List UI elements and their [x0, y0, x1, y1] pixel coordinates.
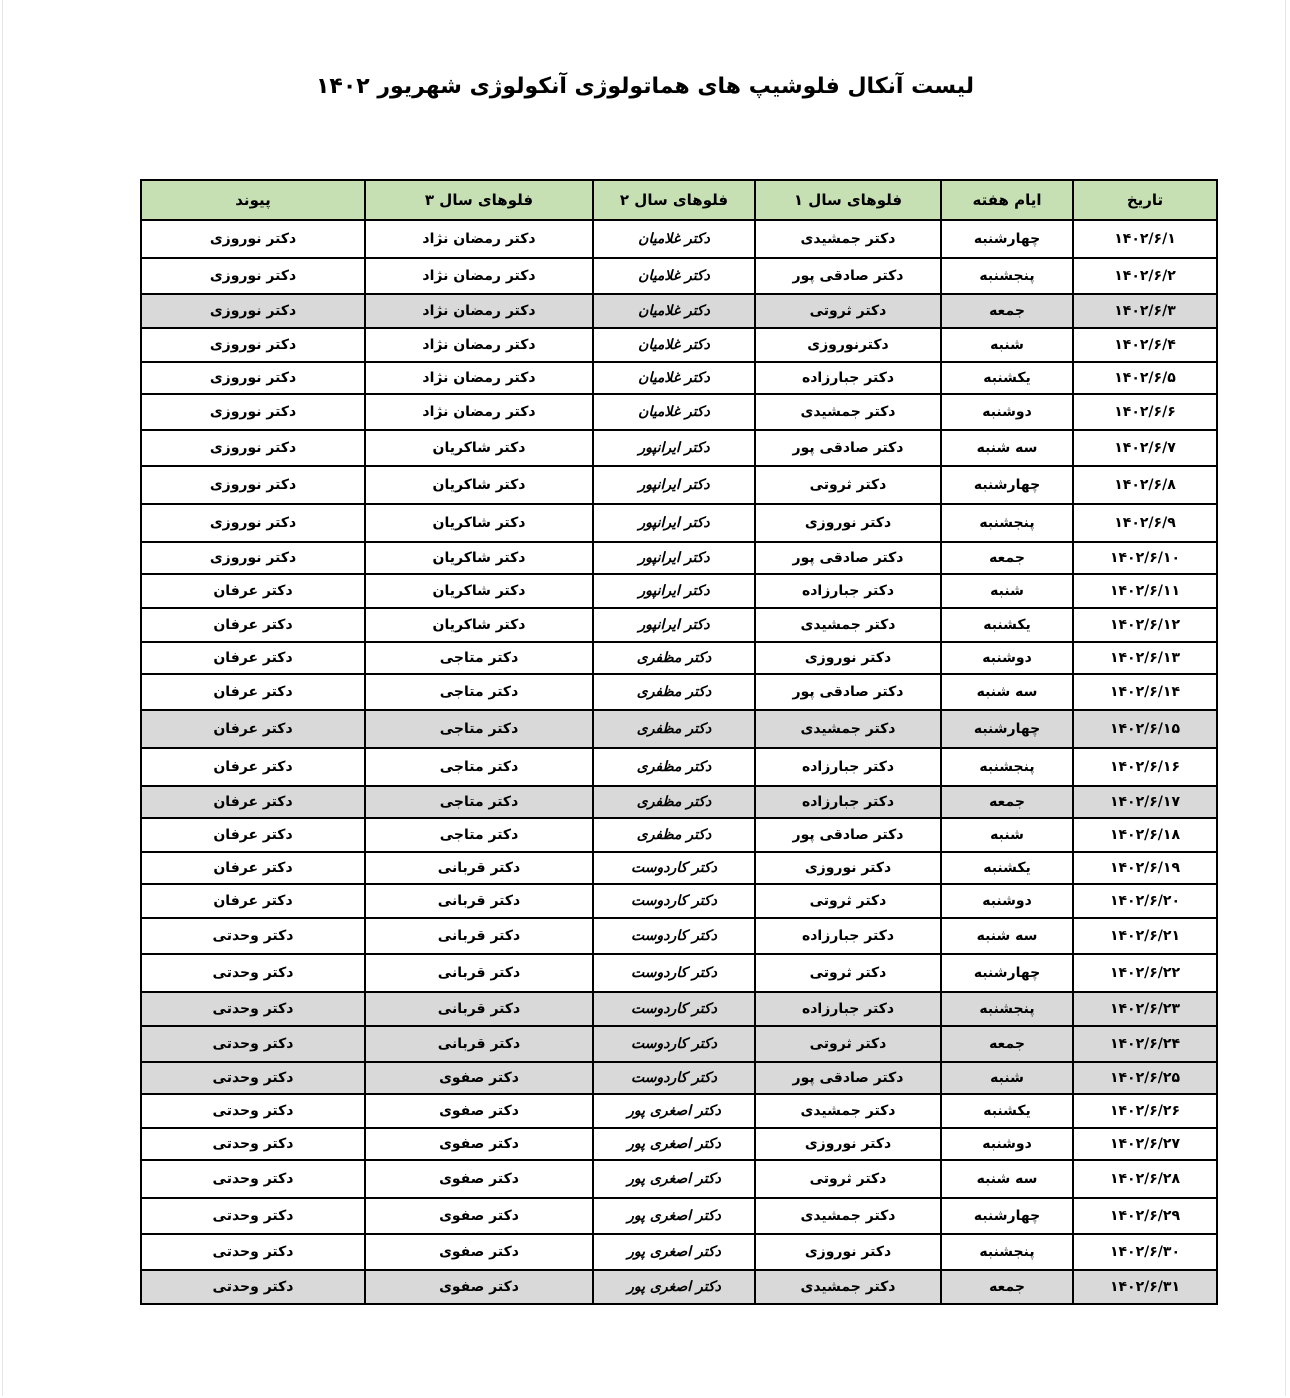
cell-year2-fellow: دکتر اصغری پور	[593, 1094, 755, 1128]
cell-year1-fellow: دکتر ثروتی	[755, 1160, 941, 1198]
cell-weekday: یکشنبه	[941, 608, 1073, 642]
cell-year3-fellow: دکتر صفوی	[365, 1270, 593, 1304]
cell-year2-fellow: دکتر ایرانپور	[593, 430, 755, 466]
cell-date: ۱۴۰۲/۶/۳	[1073, 294, 1217, 328]
cell-year3-fellow: دکتر رمضان نژاد	[365, 294, 593, 328]
cell-year3-fellow: دکتر قربانی	[365, 992, 593, 1026]
page-title: لیست آنکال فلوشیپ های هماتولوژی آنکولوژی…	[0, 74, 1290, 99]
cell-year2-fellow: دکتر غلامیان	[593, 328, 755, 362]
header-transplant: پیوند	[141, 180, 365, 220]
cell-weekday: چهارشنبه	[941, 710, 1073, 748]
cell-year3-fellow: دکتر قربانی	[365, 884, 593, 918]
cell-year1-fellow: دکتر جمشیدی	[755, 1198, 941, 1234]
cell-date: ۱۴۰۲/۶/۱۵	[1073, 710, 1217, 748]
cell-year1-fellow: دکتر صادقی پور	[755, 258, 941, 294]
table-row: ۱۴۰۲/۶/۲۰دوشنبهدکتر ثروتیدکتر کاردوستدکت…	[141, 884, 1217, 918]
cell-year1-fellow: دکتر صادقی پور	[755, 818, 941, 852]
cell-transplant: دکتر عرفان	[141, 710, 365, 748]
cell-year2-fellow: دکتر اصغری پور	[593, 1160, 755, 1198]
cell-year2-fellow: دکتر غلامیان	[593, 258, 755, 294]
cell-year3-fellow: دکتر شاکریان	[365, 466, 593, 504]
cell-transplant: دکتر عرفان	[141, 674, 365, 710]
cell-year1-fellow: دکتر جبارزاده	[755, 992, 941, 1026]
cell-date: ۱۴۰۲/۶/۲۱	[1073, 918, 1217, 954]
oncall-roster-table: تاریخ ایام هفته فلوهای سال ۱ فلوهای سال …	[140, 179, 1218, 1305]
cell-year1-fellow: دکتر ثروتی	[755, 954, 941, 992]
cell-year2-fellow: دکتر غلامیان	[593, 362, 755, 394]
cell-year3-fellow: دکتر صفوی	[365, 1062, 593, 1094]
table-row: ۱۴۰۲/۶/۳جمعهدکتر ثروتیدکتر غلامیاندکتر ر…	[141, 294, 1217, 328]
cell-date: ۱۴۰۲/۶/۲۳	[1073, 992, 1217, 1026]
table-row: ۱۴۰۲/۶/۱۰جمعهدکتر صادقی پوردکتر ایرانپور…	[141, 542, 1217, 574]
table-row: ۱۴۰۲/۶/۲۹چهارشنبهدکتر جمشیدیدکتر اصغری پ…	[141, 1198, 1217, 1234]
cell-year3-fellow: دکتر قربانی	[365, 852, 593, 884]
cell-transplant: دکتر وحدتی	[141, 1198, 365, 1234]
table-row: ۱۴۰۲/۶/۳۰پنجشنبهدکتر نوروزیدکتر اصغری پو…	[141, 1234, 1217, 1270]
cell-year3-fellow: دکتر صفوی	[365, 1094, 593, 1128]
cell-year2-fellow: دکتر ایرانپور	[593, 542, 755, 574]
cell-weekday: شنبه	[941, 818, 1073, 852]
cell-transplant: دکتر وحدتی	[141, 1160, 365, 1198]
cell-year1-fellow: دکتر جبارزاده	[755, 786, 941, 818]
cell-year1-fellow: دکتر ثروتی	[755, 294, 941, 328]
cell-year3-fellow: دکتر متاجی	[365, 642, 593, 674]
cell-weekday: جمعه	[941, 542, 1073, 574]
cell-year1-fellow: دکتر جمشیدی	[755, 1094, 941, 1128]
cell-date: ۱۴۰۲/۶/۲۵	[1073, 1062, 1217, 1094]
cell-transplant: دکتر وحدتی	[141, 1270, 365, 1304]
cell-date: ۱۴۰۲/۶/۵	[1073, 362, 1217, 394]
cell-weekday: چهارشنبه	[941, 220, 1073, 258]
table-row: ۱۴۰۲/۶/۳۱جمعهدکتر جمشیدیدکتر اصغری پوردک…	[141, 1270, 1217, 1304]
cell-year3-fellow: دکتر رمضان نژاد	[365, 258, 593, 294]
cell-transplant: دکتر عرفان	[141, 818, 365, 852]
table-row: ۱۴۰۲/۶/۲۷دوشنبهدکتر نوروزیدکتر اصغری پور…	[141, 1128, 1217, 1160]
cell-year3-fellow: دکتر شاکریان	[365, 542, 593, 574]
cell-transplant: دکتر وحدتی	[141, 1128, 365, 1160]
cell-year3-fellow: دکتر متاجی	[365, 674, 593, 710]
cell-year1-fellow: دکتر جبارزاده	[755, 362, 941, 394]
table-row: ۱۴۰۲/۶/۱۵چهارشنبهدکتر جمشیدیدکتر مظفریدک…	[141, 710, 1217, 748]
cell-transplant: دکتر وحدتی	[141, 1026, 365, 1062]
cell-weekday: پنجشنبه	[941, 1234, 1073, 1270]
cell-transplant: دکتر عرفان	[141, 574, 365, 608]
cell-year1-fellow: دکتر ثروتی	[755, 1026, 941, 1062]
cell-year1-fellow: دکتر جمشیدی	[755, 1270, 941, 1304]
cell-date: ۱۴۰۲/۶/۱۸	[1073, 818, 1217, 852]
cell-year1-fellow: دکتر صادقی پور	[755, 674, 941, 710]
cell-year3-fellow: دکتر قربانی	[365, 1026, 593, 1062]
cell-year3-fellow: دکتر صفوی	[365, 1128, 593, 1160]
cell-date: ۱۴۰۲/۶/۳۱	[1073, 1270, 1217, 1304]
cell-year1-fellow: دکترنوروزی	[755, 328, 941, 362]
cell-date: ۱۴۰۲/۶/۱۱	[1073, 574, 1217, 608]
table-row: ۱۴۰۲/۶/۲۱سه شنبهدکتر جبارزادهدکتر کاردوس…	[141, 918, 1217, 954]
cell-weekday: شنبه	[941, 574, 1073, 608]
table-row: ۱۴۰۲/۶/۱۸شنبهدکتر صادقی پوردکتر مظفریدکت…	[141, 818, 1217, 852]
cell-transplant: دکتر نوروزی	[141, 466, 365, 504]
cell-year2-fellow: دکتر ایرانپور	[593, 574, 755, 608]
cell-date: ۱۴۰۲/۶/۱۰	[1073, 542, 1217, 574]
cell-weekday: دوشنبه	[941, 884, 1073, 918]
header-year1-fellows: فلوهای سال ۱	[755, 180, 941, 220]
cell-date: ۱۴۰۲/۶/۲۴	[1073, 1026, 1217, 1062]
cell-year3-fellow: دکتر صفوی	[365, 1234, 593, 1270]
table-row: ۱۴۰۲/۶/۴شنبهدکترنوروزیدکتر غلامیاندکتر ر…	[141, 328, 1217, 362]
cell-transplant: دکتر وحدتی	[141, 1062, 365, 1094]
cell-year1-fellow: دکتر صادقی پور	[755, 430, 941, 466]
cell-transplant: دکتر عرفان	[141, 748, 365, 786]
cell-date: ۱۴۰۲/۶/۹	[1073, 504, 1217, 542]
cell-year2-fellow: دکتر اصغری پور	[593, 1234, 755, 1270]
cell-year2-fellow: دکتر ایرانپور	[593, 504, 755, 542]
cell-year3-fellow: دکتر قربانی	[365, 918, 593, 954]
cell-date: ۱۴۰۲/۶/۱۷	[1073, 786, 1217, 818]
cell-year2-fellow: دکتر مظفری	[593, 748, 755, 786]
cell-date: ۱۴۰۲/۶/۱	[1073, 220, 1217, 258]
cell-year3-fellow: دکتر متاجی	[365, 786, 593, 818]
table-row: ۱۴۰۲/۶/۲۳پنجشنبهدکتر جبارزادهدکتر کاردوس…	[141, 992, 1217, 1026]
table-row: ۱۴۰۲/۶/۲پنجشنبهدکتر صادقی پوردکتر غلامیا…	[141, 258, 1217, 294]
table-row: ۱۴۰۲/۶/۱۶پنجشنبهدکتر جبارزادهدکتر مظفرید…	[141, 748, 1217, 786]
cell-year3-fellow: دکتر صفوی	[365, 1160, 593, 1198]
cell-year1-fellow: دکتر ثروتی	[755, 884, 941, 918]
table-row: ۱۴۰۲/۶/۲۴جمعهدکتر ثروتیدکتر کاردوستدکتر …	[141, 1026, 1217, 1062]
table-row: ۱۴۰۲/۶/۲۶یکشنبهدکتر جمشیدیدکتر اصغری پور…	[141, 1094, 1217, 1128]
cell-transplant: دکتر عرفان	[141, 642, 365, 674]
cell-date: ۱۴۰۲/۶/۷	[1073, 430, 1217, 466]
cell-year2-fellow: دکتر ایرانپور	[593, 466, 755, 504]
table-row: ۱۴۰۲/۶/۸چهارشنبهدکتر ثروتیدکتر ایرانپورد…	[141, 466, 1217, 504]
table-row: ۱۴۰۲/۶/۲۲چهارشنبهدکتر ثروتیدکتر کاردوستد…	[141, 954, 1217, 992]
cell-weekday: سه شنبه	[941, 430, 1073, 466]
cell-year1-fellow: دکتر جبارزاده	[755, 748, 941, 786]
cell-year1-fellow: دکتر نوروزی	[755, 504, 941, 542]
header-weekday: ایام هفته	[941, 180, 1073, 220]
table-row: ۱۴۰۲/۶/۶دوشنبهدکتر جمشیدیدکتر غلامیاندکت…	[141, 394, 1217, 430]
cell-year2-fellow: دکتر کاردوست	[593, 918, 755, 954]
table-row: ۱۴۰۲/۶/۲۸سه شنبهدکتر ثروتیدکتر اصغری پور…	[141, 1160, 1217, 1198]
table-row: ۱۴۰۲/۶/۲۵شنبهدکتر صادقی پوردکتر کاردوستد…	[141, 1062, 1217, 1094]
cell-year1-fellow: دکتر جبارزاده	[755, 918, 941, 954]
cell-date: ۱۴۰۲/۶/۶	[1073, 394, 1217, 430]
cell-year3-fellow: دکتر متاجی	[365, 818, 593, 852]
cell-weekday: جمعه	[941, 1026, 1073, 1062]
cell-weekday: پنجشنبه	[941, 258, 1073, 294]
cell-year1-fellow: دکتر جمشیدی	[755, 710, 941, 748]
cell-transplant: دکتر عرفان	[141, 852, 365, 884]
cell-year3-fellow: دکتر شاکریان	[365, 574, 593, 608]
cell-transplant: دکتر نوروزی	[141, 430, 365, 466]
cell-date: ۱۴۰۲/۶/۲۷	[1073, 1128, 1217, 1160]
cell-year3-fellow: دکتر متاجی	[365, 710, 593, 748]
cell-weekday: شنبه	[941, 328, 1073, 362]
cell-year2-fellow: دکتر مظفری	[593, 674, 755, 710]
header-year3-fellows: فلوهای سال ۳	[365, 180, 593, 220]
table-row: ۱۴۰۲/۶/۱۳دوشنبهدکتر نوروزیدکتر مظفریدکتر…	[141, 642, 1217, 674]
cell-date: ۱۴۰۲/۶/۲۰	[1073, 884, 1217, 918]
cell-date: ۱۴۰۲/۶/۱۳	[1073, 642, 1217, 674]
cell-year2-fellow: دکتر کاردوست	[593, 852, 755, 884]
cell-year3-fellow: دکتر رمضان نژاد	[365, 394, 593, 430]
cell-year1-fellow: دکتر صادقی پور	[755, 542, 941, 574]
cell-date: ۱۴۰۲/۶/۲۸	[1073, 1160, 1217, 1198]
cell-weekday: یکشنبه	[941, 1094, 1073, 1128]
cell-year2-fellow: دکتر غلامیان	[593, 220, 755, 258]
cell-year2-fellow: دکتر اصغری پور	[593, 1198, 755, 1234]
cell-weekday: چهارشنبه	[941, 466, 1073, 504]
table-row: ۱۴۰۲/۶/۱چهارشنبهدکتر جمشیدیدکتر غلامیاند…	[141, 220, 1217, 258]
cell-weekday: چهارشنبه	[941, 1198, 1073, 1234]
cell-date: ۱۴۰۲/۶/۱۹	[1073, 852, 1217, 884]
cell-year3-fellow: دکتر رمضان نژاد	[365, 220, 593, 258]
cell-year3-fellow: دکتر شاکریان	[365, 430, 593, 466]
cell-date: ۱۴۰۲/۶/۴	[1073, 328, 1217, 362]
cell-date: ۱۴۰۲/۶/۲۹	[1073, 1198, 1217, 1234]
cell-year3-fellow: دکتر شاکریان	[365, 504, 593, 542]
cell-transplant: دکتر نوروزی	[141, 294, 365, 328]
cell-transplant: دکتر نوروزی	[141, 542, 365, 574]
cell-transplant: دکتر عرفان	[141, 884, 365, 918]
table-row: ۱۴۰۲/۶/۱۴سه شنبهدکتر صادقی پوردکتر مظفری…	[141, 674, 1217, 710]
cell-year2-fellow: دکتر مظفری	[593, 818, 755, 852]
cell-date: ۱۴۰۲/۶/۲۲	[1073, 954, 1217, 992]
header-date: تاریخ	[1073, 180, 1217, 220]
cell-transplant: دکتر نوروزی	[141, 258, 365, 294]
cell-transplant: دکتر وحدتی	[141, 1094, 365, 1128]
cell-weekday: یکشنبه	[941, 362, 1073, 394]
cell-year2-fellow: دکتر مظفری	[593, 786, 755, 818]
cell-year2-fellow: دکتر کاردوست	[593, 884, 755, 918]
cell-year3-fellow: دکتر شاکریان	[365, 608, 593, 642]
cell-year1-fellow: دکتر نوروزی	[755, 642, 941, 674]
cell-weekday: یکشنبه	[941, 852, 1073, 884]
cell-transplant: دکتر نوروزی	[141, 504, 365, 542]
cell-year3-fellow: دکتر رمضان نژاد	[365, 362, 593, 394]
cell-year2-fellow: دکتر کاردوست	[593, 954, 755, 992]
cell-weekday: جمعه	[941, 786, 1073, 818]
cell-weekday: شنبه	[941, 1062, 1073, 1094]
cell-weekday: سه شنبه	[941, 1160, 1073, 1198]
cell-transplant: دکتر نوروزی	[141, 220, 365, 258]
cell-weekday: دوشنبه	[941, 394, 1073, 430]
cell-weekday: پنجشنبه	[941, 748, 1073, 786]
cell-year2-fellow: دکتر اصغری پور	[593, 1128, 755, 1160]
cell-year1-fellow: دکتر نوروزی	[755, 1234, 941, 1270]
cell-date: ۱۴۰۲/۶/۲	[1073, 258, 1217, 294]
table-row: ۱۴۰۲/۶/۵یکشنبهدکتر جبارزادهدکتر غلامیاند…	[141, 362, 1217, 394]
cell-transplant: دکتر نوروزی	[141, 394, 365, 430]
table-header-row: تاریخ ایام هفته فلوهای سال ۱ فلوهای سال …	[141, 180, 1217, 220]
cell-transplant: دکتر نوروزی	[141, 362, 365, 394]
cell-year2-fellow: دکتر مظفری	[593, 710, 755, 748]
cell-year1-fellow: دکتر ثروتی	[755, 466, 941, 504]
cell-weekday: دوشنبه	[941, 642, 1073, 674]
cell-year2-fellow: دکتر اصغری پور	[593, 1270, 755, 1304]
cell-year1-fellow: دکتر جمشیدی	[755, 608, 941, 642]
cell-year2-fellow: دکتر کاردوست	[593, 992, 755, 1026]
cell-year3-fellow: دکتر متاجی	[365, 748, 593, 786]
cell-date: ۱۴۰۲/۶/۱۶	[1073, 748, 1217, 786]
cell-date: ۱۴۰۲/۶/۱۲	[1073, 608, 1217, 642]
cell-weekday: جمعه	[941, 1270, 1073, 1304]
table-row: ۱۴۰۲/۶/۷سه شنبهدکتر صادقی پوردکتر ایرانپ…	[141, 430, 1217, 466]
table-body: ۱۴۰۲/۶/۱چهارشنبهدکتر جمشیدیدکتر غلامیاند…	[141, 220, 1217, 1304]
cell-transplant: دکتر وحدتی	[141, 918, 365, 954]
cell-weekday: سه شنبه	[941, 674, 1073, 710]
cell-year1-fellow: دکتر صادقی پور	[755, 1062, 941, 1094]
cell-weekday: دوشنبه	[941, 1128, 1073, 1160]
table-row: ۱۴۰۲/۶/۱۷جمعهدکتر جبارزادهدکتر مظفریدکتر…	[141, 786, 1217, 818]
cell-weekday: جمعه	[941, 294, 1073, 328]
cell-weekday: پنجشنبه	[941, 992, 1073, 1026]
cell-year1-fellow: دکتر جبارزاده	[755, 574, 941, 608]
cell-year2-fellow: دکتر کاردوست	[593, 1062, 755, 1094]
cell-weekday: چهارشنبه	[941, 954, 1073, 992]
table-row: ۱۴۰۲/۶/۱۲یکشنبهدکتر جمشیدیدکتر ایرانپورد…	[141, 608, 1217, 642]
cell-date: ۱۴۰۲/۶/۱۴	[1073, 674, 1217, 710]
cell-weekday: پنجشنبه	[941, 504, 1073, 542]
cell-date: ۱۴۰۲/۶/۳۰	[1073, 1234, 1217, 1270]
cell-year3-fellow: دکتر صفوی	[365, 1198, 593, 1234]
cell-weekday: سه شنبه	[941, 918, 1073, 954]
cell-transplant: دکتر وحدتی	[141, 1234, 365, 1270]
cell-year3-fellow: دکتر قربانی	[365, 954, 593, 992]
cell-transplant: دکتر وحدتی	[141, 992, 365, 1026]
cell-year2-fellow: دکتر غلامیان	[593, 394, 755, 430]
cell-year2-fellow: دکتر کاردوست	[593, 1026, 755, 1062]
cell-transplant: دکتر عرفان	[141, 608, 365, 642]
cell-year1-fellow: دکتر نوروزی	[755, 1128, 941, 1160]
table-row: ۱۴۰۲/۶/۱۱شنبهدکتر جبارزادهدکتر ایرانپورد…	[141, 574, 1217, 608]
cell-year1-fellow: دکتر جمشیدی	[755, 220, 941, 258]
cell-transplant: دکتر عرفان	[141, 786, 365, 818]
cell-date: ۱۴۰۲/۶/۸	[1073, 466, 1217, 504]
cell-transplant: دکتر نوروزی	[141, 328, 365, 362]
cell-transplant: دکتر وحدتی	[141, 954, 365, 992]
cell-year2-fellow: دکتر مظفری	[593, 642, 755, 674]
cell-year1-fellow: دکتر نوروزی	[755, 852, 941, 884]
table-row: ۱۴۰۲/۶/۹پنجشنبهدکتر نوروزیدکتر ایرانپورد…	[141, 504, 1217, 542]
cell-year3-fellow: دکتر رمضان نژاد	[365, 328, 593, 362]
table-row: ۱۴۰۲/۶/۱۹یکشنبهدکتر نوروزیدکتر کاردوستدک…	[141, 852, 1217, 884]
header-year2-fellows: فلوهای سال ۲	[593, 180, 755, 220]
cell-year2-fellow: دکتر ایرانپور	[593, 608, 755, 642]
cell-year2-fellow: دکتر غلامیان	[593, 294, 755, 328]
cell-year1-fellow: دکتر جمشیدی	[755, 394, 941, 430]
cell-date: ۱۴۰۲/۶/۲۶	[1073, 1094, 1217, 1128]
